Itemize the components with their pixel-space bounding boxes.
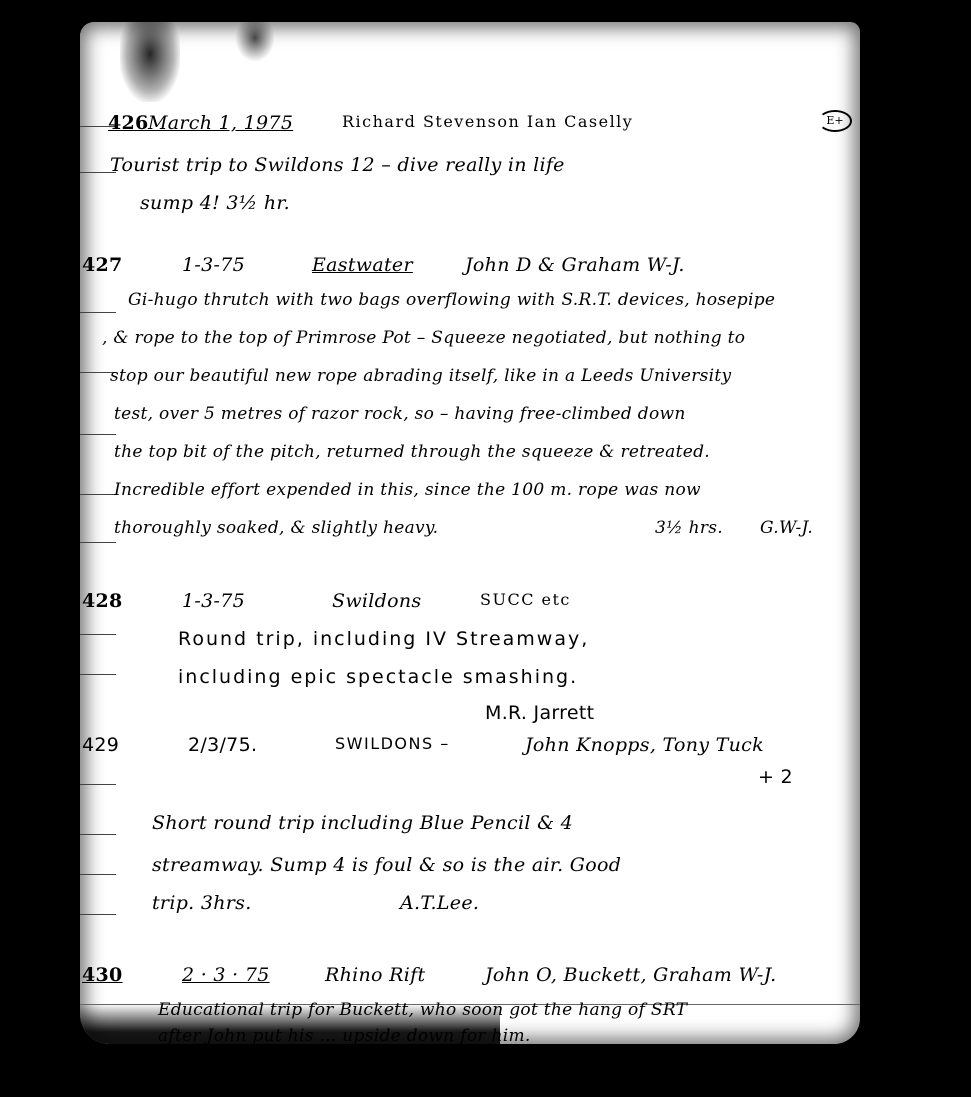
ruled-line	[80, 674, 116, 675]
entry-party: John O, Buckett, Graham W-J.	[485, 964, 776, 986]
entry-cave: Eastwater	[312, 254, 413, 276]
ruled-line	[80, 434, 116, 435]
entry-signature: A.T.Lee.	[400, 892, 479, 914]
entry-party: Richard Stevenson Ian Caselly	[342, 112, 633, 131]
entry-date: 1-3-75	[182, 254, 245, 276]
entry-date: 2 · 3 · 75	[182, 964, 270, 986]
logbook-page: 426 March 1, 1975 Richard Stevenson Ian …	[80, 22, 860, 1044]
entry-party: John Knopps, Tony Tuck	[525, 734, 764, 756]
entry-date: 2/3/75.	[188, 734, 257, 756]
entry-text-line: Educational trip for Buckett, who soon g…	[158, 1000, 687, 1020]
entry-duration: 3½ hrs.	[655, 518, 723, 538]
entry-party: John D & Graham W-J.	[465, 254, 685, 276]
entry-signature: M.R. Jarrett	[485, 702, 594, 724]
entry-number: 428	[82, 590, 123, 612]
entry-date: March 1, 1975	[148, 112, 293, 134]
entry-text-line: after John put his ... upside down for h…	[158, 1026, 531, 1044]
entry-text-line: test, over 5 metres of razor rock, so – …	[114, 404, 686, 424]
circled-mark: E+	[818, 110, 852, 132]
entry-text-line: including epic spectacle smashing.	[178, 666, 578, 688]
entry-text-line: the top bit of the pitch, returned throu…	[114, 442, 710, 462]
entry-text-line: trip. 3hrs.	[152, 892, 252, 914]
entry-date: 1-3-75	[182, 590, 245, 612]
entry-text-line: , & rope to the top of Primrose Pot – Sq…	[102, 328, 745, 348]
entry-text-line: Short round trip including Blue Pencil &…	[152, 812, 573, 834]
entry-text-line: Tourist trip to Swildons 12 – dive reall…	[110, 154, 565, 176]
entry-number: 430	[82, 964, 123, 986]
entry-cave: Rhino Rift	[325, 964, 425, 986]
entry-party-extra: + 2	[758, 766, 793, 788]
entry-party: SUCC etc	[480, 590, 571, 609]
ruled-line	[80, 784, 116, 785]
entry-text-line: Gi-hugo thrutch with two bags overflowin…	[128, 290, 775, 310]
entry-text-line: streamway. Sump 4 is foul & so is the ai…	[152, 854, 621, 876]
entry-text-line: Incredible effort expended in this, sinc…	[114, 480, 701, 500]
entry-cave: SWILDONS –	[335, 734, 450, 753]
ruled-line	[80, 914, 116, 915]
ruled-line	[80, 542, 116, 543]
entry-text-line: stop our beautiful new rope abrading its…	[110, 366, 731, 386]
ruled-line	[80, 312, 116, 313]
entry-text-line: thoroughly soaked, & slightly heavy.	[114, 518, 438, 538]
entry-text-line: sump 4! 3½ hr.	[140, 192, 290, 214]
entry-number: 426	[108, 112, 149, 134]
page-smudge	[235, 22, 275, 62]
entry-text-line: Round trip, including IV Streamway,	[178, 628, 589, 650]
entry-signature: G.W-J.	[760, 518, 813, 538]
page-smudge	[120, 22, 180, 102]
entry-cave: Swildons	[332, 590, 421, 612]
ruled-line	[80, 634, 116, 635]
entry-number: 429	[82, 734, 119, 756]
ruled-line	[80, 834, 116, 835]
ruled-line	[80, 874, 116, 875]
ruled-line	[80, 494, 116, 495]
entry-number: 427	[82, 254, 123, 276]
